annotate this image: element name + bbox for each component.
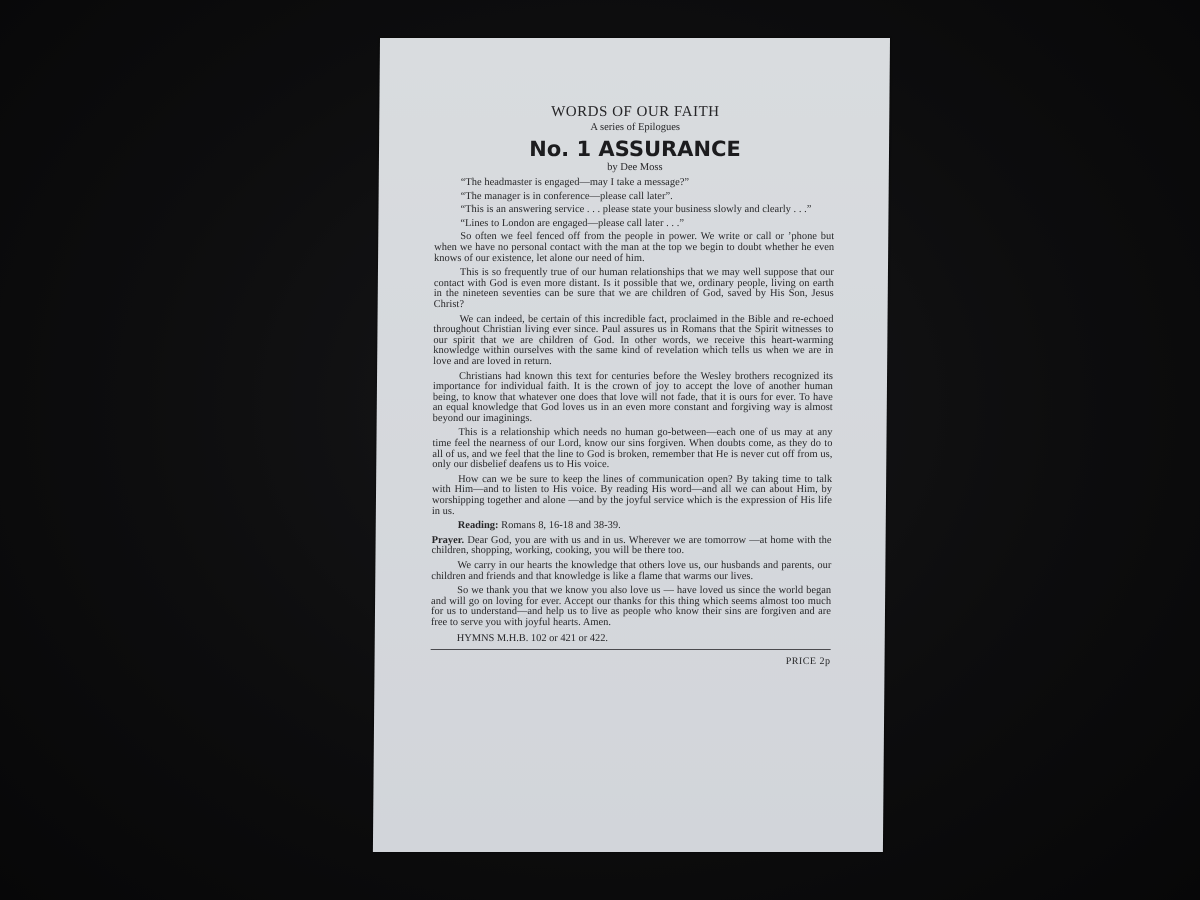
body-paragraph: This is a relationship which needs no hu… bbox=[432, 428, 832, 470]
body-paragraph: Christians had known this text for centu… bbox=[433, 372, 833, 425]
prayer-paragraph: Prayer. Dear God, you are with us and in… bbox=[431, 536, 831, 557]
quote-line: “Lines to London are engaged—please call… bbox=[434, 219, 834, 230]
prayer-paragraph: We carry in our hearts the knowledge tha… bbox=[431, 561, 831, 582]
prayer-paragraph: So we thank you that we know you also lo… bbox=[431, 586, 831, 628]
leaflet-content: WORDS OF OUR FAITH A series of Epilogues… bbox=[431, 104, 836, 667]
reading-label: Reading: bbox=[458, 520, 499, 531]
author-byline: by Dee Moss bbox=[435, 161, 835, 174]
quote-line: “The manager is in conference—please cal… bbox=[435, 192, 835, 203]
divider-rule bbox=[431, 649, 831, 650]
leaflet-page: WORDS OF OUR FAITH A series of Epilogues… bbox=[373, 38, 890, 852]
body-paragraph: How can we be sure to keep the lines of … bbox=[432, 475, 832, 517]
prayer-text: Dear God, you are with us and in us. Whe… bbox=[431, 535, 831, 557]
prayer-label: Prayer. bbox=[432, 535, 465, 546]
quote-line: “The headmaster is engaged—may I take a … bbox=[435, 178, 835, 189]
body-paragraph: So often we feel fenced off from the peo… bbox=[434, 232, 834, 264]
body-paragraph: We can indeed, be certain of this incred… bbox=[433, 315, 833, 368]
price-label: PRICE 2p bbox=[431, 656, 831, 667]
series-title: WORDS OF OUR FAITH bbox=[435, 104, 835, 121]
reading-text: Romans 8, 16-18 and 38-39. bbox=[499, 520, 621, 531]
body-paragraph: This is so frequently true of our human … bbox=[434, 268, 834, 310]
leaflet-title: No. 1 ASSURANCE bbox=[435, 137, 835, 161]
series-subtitle: A series of Epilogues bbox=[435, 121, 835, 134]
hymns-line: HYMNS M.H.B. 102 or 421 or 422. bbox=[431, 633, 831, 645]
quote-line: “This is an answering service . . . plea… bbox=[434, 205, 834, 216]
reading-reference: Reading: Romans 8, 16-18 and 38-39. bbox=[432, 521, 832, 532]
